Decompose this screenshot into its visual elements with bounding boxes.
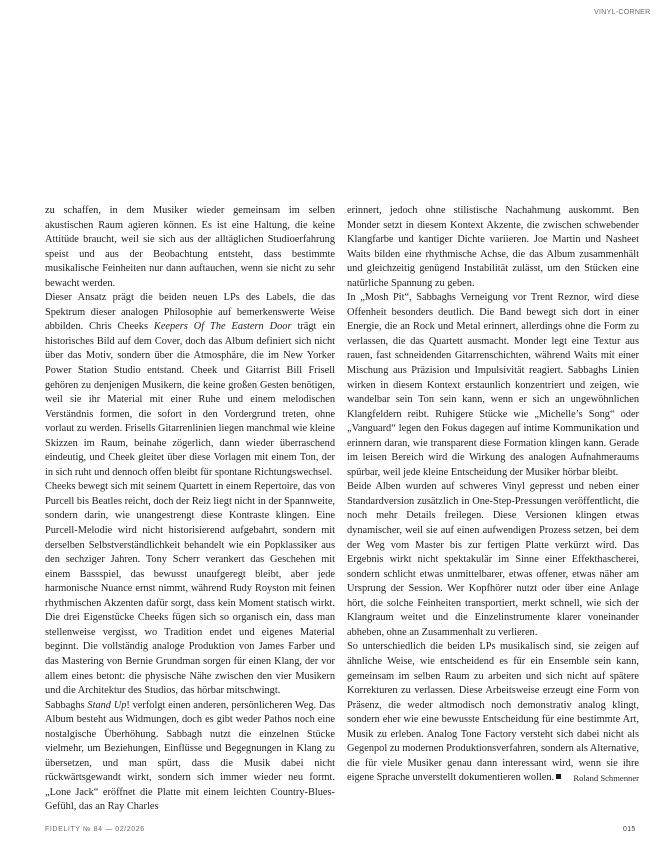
paragraph: Beide Alben wurden auf schweres Vinyl ge…	[347, 480, 639, 640]
section-label: VINYL-CORNER	[594, 9, 666, 16]
paragraph-text: ! verfolgt einen anderen, persönlicheren…	[45, 700, 335, 813]
paragraph: erinnert, jedoch ohne stilistische Nacha…	[347, 204, 639, 291]
paragraph-text: zu schaffen, in dem Musiker wieder gemei…	[45, 205, 335, 289]
album-title: Keepers Of The Eastern Door	[154, 321, 292, 332]
paragraph: Sabbaghs Stand Up! verfolgt einen andere…	[45, 699, 335, 815]
paragraph-text: Sabbaghs	[45, 700, 87, 711]
paragraph: So unterschiedlich die beiden LPs musika…	[347, 640, 639, 785]
album-title: Stand Up	[87, 700, 126, 711]
paragraph-text: erinnert, jedoch ohne stilistische Nacha…	[347, 205, 639, 289]
paragraph-text: trägt ein historisches Bild auf dem Cove…	[45, 321, 335, 477]
paragraph-text: Cheeks bewegt sich mit seinem Quartett i…	[45, 481, 335, 696]
paragraph: Cheeks bewegt sich mit seinem Quartett i…	[45, 480, 335, 698]
footer-publication: FIDELITY № 84 — 02/2026	[45, 826, 145, 833]
article-column-left: zu schaffen, in dem Musiker wieder gemei…	[45, 204, 335, 815]
paragraph: In „Mosh Pit“, Sabbaghs Verneigung vor T…	[347, 291, 639, 480]
paragraph: zu schaffen, in dem Musiker wieder gemei…	[45, 204, 335, 291]
author-byline: Roland Schmenner	[573, 771, 639, 786]
end-of-article-square-icon	[556, 774, 561, 779]
paragraph-text: Beide Alben wurden auf schweres Vinyl ge…	[347, 481, 639, 637]
paragraph: Dieser Ansatz prägt die beiden neuen LPs…	[45, 291, 335, 480]
paragraph-text: So unterschiedlich die beiden LPs musika…	[347, 641, 639, 783]
article-column-right: erinnert, jedoch ohne stilistische Nacha…	[347, 204, 639, 786]
paragraph-text: In „Mosh Pit“, Sabbaghs Verneigung vor T…	[347, 292, 639, 478]
page-number: 015	[623, 826, 636, 833]
